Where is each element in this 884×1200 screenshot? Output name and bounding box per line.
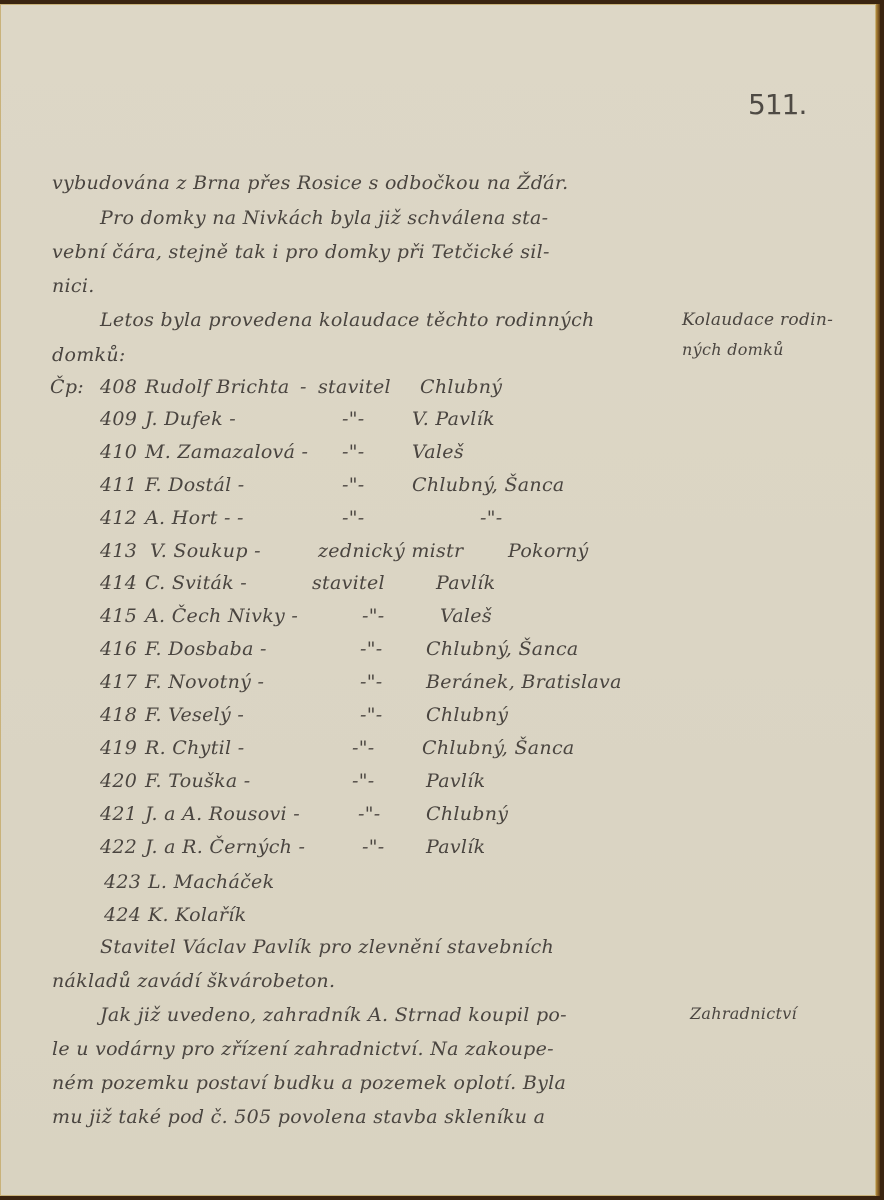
house-builder: Pavlík: [426, 770, 485, 792]
house-owner: J. a A. Rousovi -: [145, 803, 300, 825]
paragraph-line: Letos byla provedena kolaudace těchto ro…: [100, 309, 595, 331]
house-dash: -: [300, 376, 307, 398]
house-owner: J. a R. Černých -: [145, 836, 305, 858]
paragraph-line: vební čára, stejně tak i pro domky při T…: [52, 241, 550, 263]
house-owner: A. Hort - -: [145, 507, 244, 529]
house-builder: Valeš: [440, 605, 492, 627]
house-number: 412: [100, 507, 137, 529]
house-number: 424: [104, 904, 141, 926]
house-number: 421: [100, 803, 137, 825]
paragraph-line: nákladů zavádí škvárobeton.: [52, 970, 335, 992]
house-ditto: -"-: [360, 638, 382, 660]
house-number: 420: [100, 770, 137, 792]
house-owner: R. Chytil -: [145, 737, 244, 759]
house-ditto: -"-: [342, 408, 364, 430]
house-builder: Chlubný: [426, 803, 508, 825]
house-ditto: -"-: [352, 737, 374, 759]
house-number: 422: [100, 836, 137, 858]
page-edge: [876, 4, 880, 1196]
paragraph-line: nici.: [52, 275, 95, 297]
house-owner: Rudolf Brichta: [145, 376, 289, 398]
house-ditto: -"-: [352, 770, 374, 792]
house-number: 418: [100, 704, 137, 726]
house-owner: L. Macháček: [148, 871, 274, 893]
paragraph-line: Jak již uvedeno, zahradník A. Strnad kou…: [100, 1004, 567, 1026]
house-builder-title: zednický mistr: [318, 540, 463, 562]
house-ditto: -"-: [360, 704, 382, 726]
house-number: 408: [100, 376, 137, 398]
house-owner: M. Zamazalová -: [145, 441, 308, 463]
house-builder: Chlubný, Šanca: [426, 638, 579, 660]
paragraph-line: Stavitel Václav Pavlík pro zlevnění stav…: [100, 936, 554, 958]
margin-note-zahradnictvi: Zahradnictví: [690, 1004, 797, 1023]
house-owner: F. Novotný -: [145, 671, 264, 693]
house-ditto: -"-: [362, 605, 384, 627]
house-number: 409: [100, 408, 137, 430]
paragraph-line: le u vodárny pro zřízení zahradnictví. N…: [52, 1038, 554, 1060]
house-builder: Beránek, Bratislava: [426, 671, 622, 693]
house-number: 414: [100, 572, 137, 594]
house-number: 423: [104, 871, 141, 893]
house-owner: F. Veselý -: [145, 704, 244, 726]
house-number: 419: [100, 737, 137, 759]
house-builder: Valeš: [412, 441, 464, 463]
margin-note-kolaudace: Kolaudace rodin-: [682, 310, 833, 330]
paragraph-line: mu již také pod č. 505 povolena stavba s…: [52, 1106, 545, 1128]
paragraph-line: vybudována z Brna přes Rosice s odbočkou…: [52, 172, 569, 194]
house-builder: Chlubný, Šanca: [422, 737, 575, 759]
house-owner: J. Dufek -: [145, 408, 236, 430]
house-builder: Pavlík: [426, 836, 485, 858]
page-number: 511.: [748, 88, 806, 121]
list-prefix: Čp:: [50, 376, 84, 398]
handwritten-chronicle-page: 511. vybudována z Brna přes Rosice s odb…: [0, 4, 876, 1196]
house-owner: C. Sviták -: [145, 572, 247, 594]
document-frame: 511. vybudována z Brna přes Rosice s odb…: [0, 0, 884, 1200]
house-number: 417: [100, 671, 137, 693]
house-number: 413: [100, 540, 137, 562]
house-number: 411: [100, 474, 137, 496]
house-owner: F. Dostál -: [145, 474, 245, 496]
house-builder: Pokorný: [508, 540, 589, 562]
paragraph-line: domků:: [52, 344, 126, 366]
house-number: 416: [100, 638, 137, 660]
margin-note-kolaudace-2: ných domků: [682, 340, 784, 359]
house-builder-title: stavitel: [318, 376, 391, 398]
house-ditto: -"-: [342, 474, 364, 496]
house-ditto: -"-: [362, 836, 384, 858]
house-builder: Pavlík: [436, 572, 495, 594]
house-ditto: -"-: [360, 671, 382, 693]
house-builder: Chlubný, Šanca: [412, 474, 565, 496]
house-builder: V. Pavlík: [412, 408, 495, 430]
house-owner: A. Čech Nivky -: [145, 605, 298, 627]
house-number: 410: [100, 441, 137, 463]
paragraph-line: ném pozemku postaví budku a pozemek oplo…: [52, 1072, 566, 1094]
house-ditto: -"-: [342, 507, 364, 529]
house-ditto: -"-: [342, 441, 364, 463]
house-owner: K. Kolařík: [148, 904, 246, 926]
house-builder: Chlubný: [426, 704, 508, 726]
house-builder: -"-: [480, 507, 502, 529]
house-owner: V. Soukup -: [150, 540, 261, 562]
house-ditto: -"-: [358, 803, 380, 825]
house-owner: F. Touška -: [145, 770, 251, 792]
house-owner: F. Dosbaba -: [145, 638, 267, 660]
house-builder: Chlubný: [420, 376, 502, 398]
house-builder-title: stavitel: [312, 572, 385, 594]
house-number: 415: [100, 605, 137, 627]
paragraph-line: Pro domky na Nivkách byla již schválena …: [100, 207, 548, 229]
